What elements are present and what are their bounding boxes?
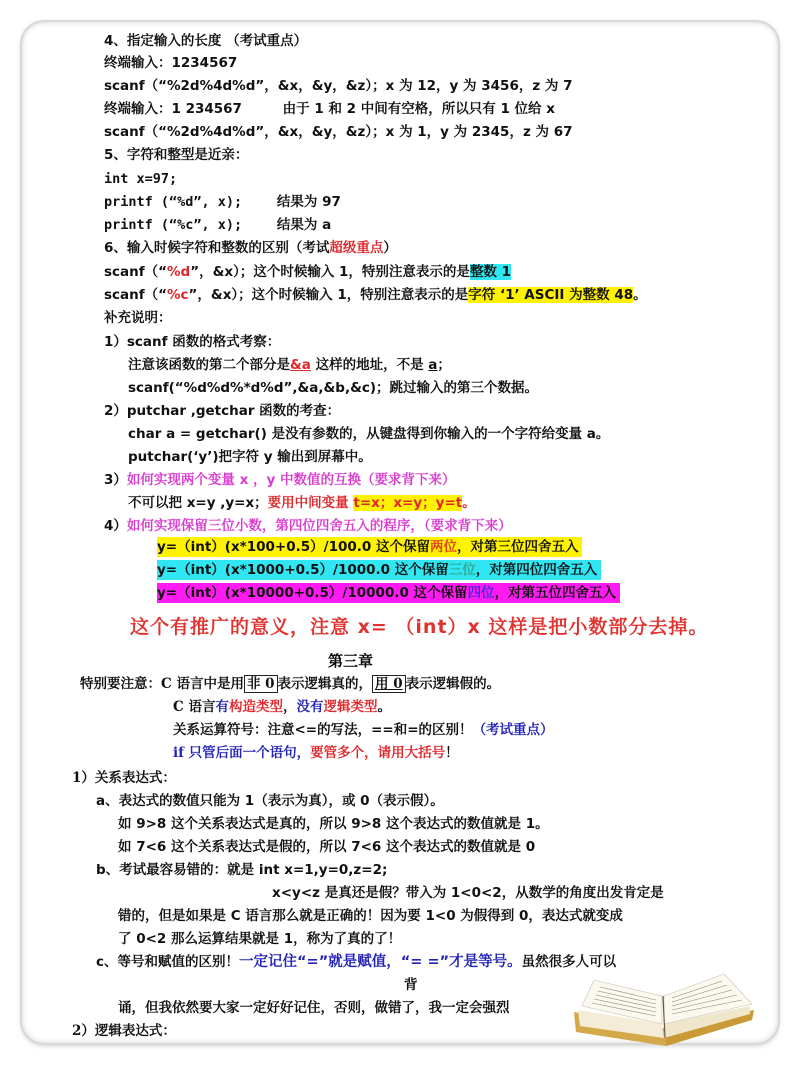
code: y=（int）(x*10000+0.5）/10000.0 这个保留 xyxy=(157,585,468,601)
emphasis: 要管多个，请用大括号 xyxy=(310,745,445,761)
supplement-2-line: putchar(‘y’)把字符 y 输出到屏幕中。 xyxy=(128,446,372,468)
emphasis: 构造类型 xyxy=(229,699,283,715)
boxed-term: 非 0 xyxy=(244,675,278,693)
relational-line: 如 9>8 这个关系表达式是真的，所以 9>8 这个表达式的数值就是 1。 xyxy=(118,813,549,835)
terminal-input: 终端输入：1 234567 xyxy=(104,101,242,117)
text: ，对第三位四舍五入 xyxy=(457,539,579,555)
text: 表示逻辑假的。 xyxy=(406,676,501,692)
number: 4） xyxy=(104,518,127,534)
title-emphasis: 超级重点 xyxy=(329,240,383,256)
relational-line: 诵，但我依然要大家一定好好记住，否则，做错了，我一定会强烈 xyxy=(118,997,510,1019)
supplement-3-title: 3）如何实现两个变量 x ，y 中数值的互换（要求背下来） xyxy=(104,469,456,491)
title-text: ） xyxy=(383,240,397,256)
code: y=（int）(x*100+0.5）/100.0 这个保留 xyxy=(157,539,430,555)
relational-title: 1）关系表达式： xyxy=(72,767,176,789)
text: ，对第四位四舍五入 xyxy=(476,562,598,578)
code-line: printf (“%d”, x); 结果为 97 xyxy=(104,191,341,213)
logical-title: 2）逻辑表达式： xyxy=(72,1020,176,1042)
code: y=（int）(x*1000+0.5）/1000.0 这个保留 xyxy=(157,562,449,578)
highlight: t=x；x=y；y=t xyxy=(353,495,462,511)
section-6-line: scanf（“%c”，&x）；这个时候输入 1，特别注意表示的是字符 ‘1’ A… xyxy=(104,284,647,306)
text: ”，&x）；这个时候输入 1，特别注意表示的是 xyxy=(189,287,469,303)
section-4-line: 终端输入：1 234567 由于 1 和 2 中间有空格，所以只有 1 位给 x xyxy=(104,98,555,120)
result: 结果为 97 xyxy=(277,194,341,210)
title-text: 如何实现保留三位小数，第四位四舍五入的程序，（要求背下来） xyxy=(127,518,512,534)
relational-line: 错的，但是如果是 C 语言那么就是正确的！因为要 1<0 为假得到 0，表达式就… xyxy=(118,905,623,927)
text: C 语言中是用 xyxy=(161,676,244,692)
text: c、等号和赋值的区别！ xyxy=(96,954,239,970)
code: printf (“%c”, x); xyxy=(104,217,242,233)
text: 关系运算符号：注意<=的写法，==和=的区别！ xyxy=(173,722,473,738)
text: 。 xyxy=(633,287,647,303)
title-text: 如何实现两个变量 x ，y 中数值的互换（要求背下来） xyxy=(127,472,456,488)
rounding-row-3: y=（int）(x*1000+0.5）/1000.0 这个保留三位，对第四位四舍… xyxy=(157,560,601,580)
emphasis: （考试重点） xyxy=(473,722,554,738)
result: 结果为 a xyxy=(277,217,331,233)
supplement-4-title: 4）如何实现保留三位小数，第四位四舍五入的程序，（要求背下来） xyxy=(104,515,512,537)
section-4-line: scanf（“%2d%4d%d”，&x，&y，&z）；x 为 12，y 为 34… xyxy=(104,75,573,97)
rounding-row-4: y=（int）(x*10000+0.5）/10000.0 这个保留四位，对第五位… xyxy=(157,583,620,603)
text: ， xyxy=(283,699,297,715)
text: 这样的地址，不是 xyxy=(311,357,428,373)
truncation-note: 这个有推广的意义，注意 x= （int）x 这样是把小数部分去掉。 xyxy=(130,612,708,639)
text: ！ xyxy=(445,745,459,761)
notice-line: 特别要注意：C 语言中是用非 0表示逻辑真的，用 0表示逻辑假的。 xyxy=(80,673,500,695)
supplement-label: 补充说明： xyxy=(104,307,172,329)
code: printf (“%d”, x); xyxy=(104,194,242,210)
relational-line: x<y<z 是真还是假？带入为 1<0<2，从数学的角度出发肯定是 xyxy=(272,882,664,904)
section-4-line: scanf（“%2d%4d%d”，&x，&y，&z）；x 为 1，y 为 234… xyxy=(104,121,573,143)
relational-line: a、表达式的数值只能为 1（表示为真），或 0（表示假）。 xyxy=(96,790,444,812)
chapter-title: 第三章 xyxy=(328,650,373,671)
text: 注意该函数的第二个部分是 xyxy=(128,357,290,373)
supplement-2-line: char a = getchar() 是没有参数的，从键盘得到你输入的一个字符给… xyxy=(128,423,609,445)
text: if 只管后面一个语句， xyxy=(173,745,310,761)
relational-line: 如 7<6 这个关系表达式是假的，所以 7<6 这个表达式的数值就是 0 xyxy=(118,836,535,858)
supplement-2-title: 2）putchar ,getchar 函数的考查： xyxy=(104,400,340,422)
text: scanf（“ xyxy=(104,287,167,303)
section-4-title: 4、指定输入的长度 （考试重点） xyxy=(104,30,307,52)
section-6-line: scanf（“%d”，&x）；这个时候输入 1，特别注意表示的是整数 1 xyxy=(104,261,511,283)
emphasis: 逻辑类型 xyxy=(323,699,377,715)
format-specifier: %d xyxy=(167,264,190,280)
notice-line: if 只管后面一个语句，要管多个，请用大括号！ xyxy=(173,742,459,764)
number: 3） xyxy=(104,472,127,488)
text: 表示逻辑真的， xyxy=(278,676,373,692)
supplement-3-line: 不可以把 x=y ,y=x；要用中间变量 t=x；x=y；y=t。 xyxy=(128,492,476,514)
supplement-1-line: 注意该函数的第二个部分是&a 这样的地址，不是 a； xyxy=(128,354,451,376)
boxed-term: 用 0 xyxy=(372,675,406,693)
text: 不可以把 x=y ,y=x； xyxy=(128,495,268,511)
emphasis: 三位 xyxy=(449,562,476,578)
title-text: 6、输入时候字符和整数的区别（考试 xyxy=(104,240,329,256)
notice-line: C 语言有构造类型，没有逻辑类型。 xyxy=(173,696,391,718)
section-6-title: 6、输入时候字符和整数的区别（考试超级重点） xyxy=(104,237,397,259)
relational-line: b、考试最容易错的：就是 int x=1,y=0,z=2; xyxy=(96,859,387,881)
text: ； xyxy=(437,357,451,373)
notice-label: 特别要注意： xyxy=(80,676,161,692)
notice-line: 关系运算符号：注意<=的写法，==和=的区别！（考试重点） xyxy=(173,719,554,741)
supplement-1-title: 1）scanf 函数的格式考察： xyxy=(104,331,280,353)
relational-line: c、等号和赋值的区别！一定记住“=”就是赋值，“= =”才是等号。虽然很多人可以 xyxy=(96,951,616,973)
emphasis: 两位 xyxy=(430,539,457,555)
emphasis: 四位 xyxy=(468,585,495,601)
relational-line: 背 xyxy=(404,974,418,996)
text: C 语言 xyxy=(173,699,215,715)
open-book-icon xyxy=(564,960,764,1050)
section-4-line: 终端输入：1234567 xyxy=(104,52,237,74)
text: ”，&x）；这个时候输入 1，特别注意表示的是 xyxy=(190,264,470,280)
code-line: printf (“%c”, x); 结果为 a xyxy=(104,214,331,236)
emphasis: 一定记住“=”就是赋值，“= =”才是等号。 xyxy=(239,954,522,970)
relational-line: 了 0<2 那么运算结果就是 1，称为了真的了！ xyxy=(118,928,401,950)
format-specifier: %c xyxy=(167,287,189,303)
text: 。 xyxy=(462,495,476,511)
text: ，对第五位四舍五入 xyxy=(495,585,617,601)
address-operator: &a xyxy=(290,357,311,373)
code-line: int x=97; xyxy=(104,168,177,190)
text: scanf（“ xyxy=(104,264,167,280)
text: 没有 xyxy=(296,699,323,715)
highlight: 字符 ‘1’ ASCII 为整数 48 xyxy=(468,287,633,303)
text: 有 xyxy=(215,699,229,715)
explanation: 由于 1 和 2 中间有空格，所以只有 1 位给 x xyxy=(283,101,555,117)
text: 。 xyxy=(377,699,391,715)
section-5-title: 5、字符和整型是近亲： xyxy=(104,144,248,166)
supplement-1-line: scanf(“%d%d%*d%d”,&a,&b,&c)；跳过输入的第三个数据。 xyxy=(128,377,538,399)
highlight: 整数 1 xyxy=(470,264,511,280)
rounding-row-2: y=（int）(x*100+0.5）/100.0 这个保留两位，对第三位四舍五入 xyxy=(157,537,582,557)
emphasis: 要用中间变量 xyxy=(268,495,354,511)
